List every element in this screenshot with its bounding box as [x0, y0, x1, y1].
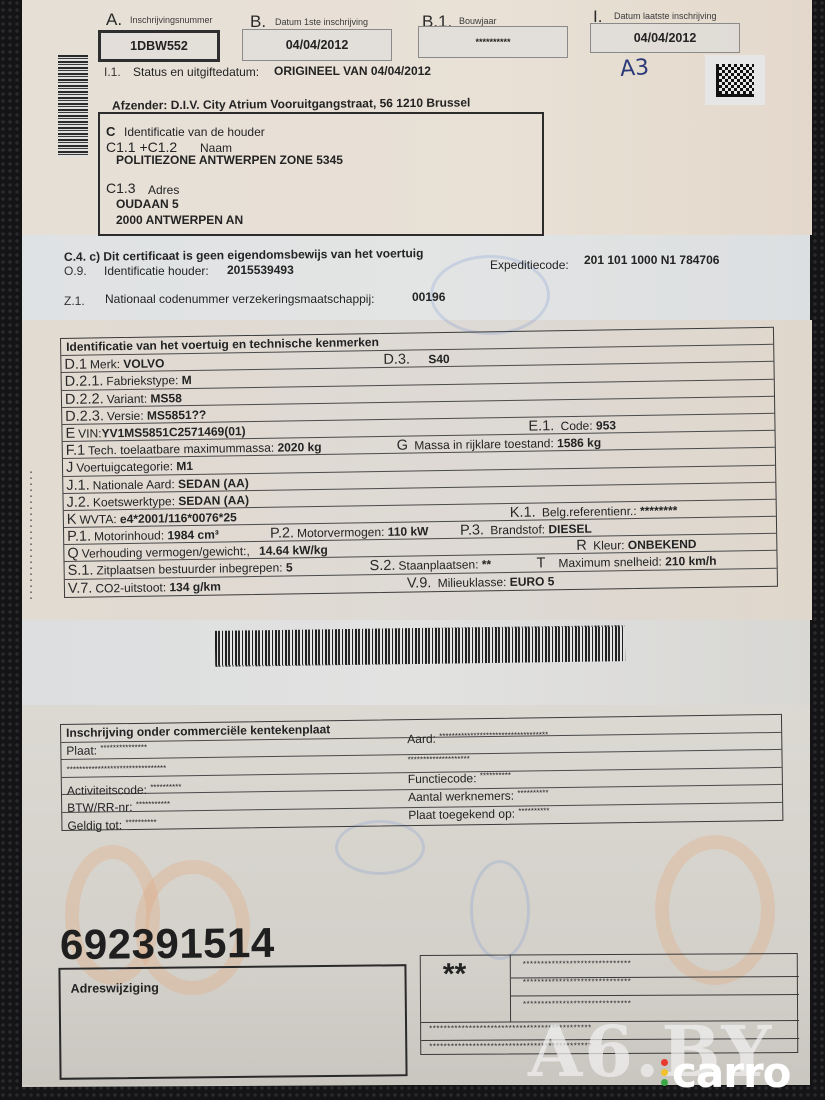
row-label: Milieuklasse:: [438, 575, 507, 590]
row-label: Geldig tot:: [67, 818, 122, 833]
row-label: Merk:: [90, 357, 120, 371]
row-label: Aantal werknemers:: [408, 789, 514, 804]
expedition-code-value: 201 101 1000 N1 784706: [584, 253, 719, 267]
version-value: MS5851??: [147, 407, 207, 422]
document-number: 692391514: [60, 919, 275, 969]
row-label: Maximum snelheid:: [558, 555, 662, 571]
row-label: Zitplaatsen bestuurder inbegrepen:: [96, 561, 282, 578]
row-code: V.9.: [407, 575, 432, 591]
security-swirl: [470, 860, 530, 960]
registration-number-field: 1DBW552: [98, 30, 220, 62]
row-label: CO2-uitstoot:: [95, 580, 166, 595]
masked-code-cell: **: [421, 956, 511, 1022]
masked-value: ********************************: [67, 764, 167, 774]
max-speed-value: 210 km/h: [665, 554, 717, 569]
row-label: Plaat toegekend op:: [408, 806, 515, 821]
masked-value: ********************: [407, 754, 469, 764]
handwritten-note: A3: [619, 55, 650, 82]
address-change-label: Adreswijziging: [71, 981, 159, 996]
row-code: E.1.: [528, 418, 554, 434]
row-label: Staanplaatsen:: [398, 558, 478, 573]
body-type-value: SEDAN (AA): [178, 493, 249, 508]
row-label: Functiecode:: [408, 771, 477, 786]
max-mass-value: 2020 kg: [277, 440, 321, 455]
row-label: Code:: [560, 419, 592, 434]
row-code: G: [397, 438, 409, 454]
row-label: VIN:: [78, 426, 102, 440]
row-label: Koetswerktype:: [93, 494, 175, 509]
row-label: Verhouding vermogen/gewicht:,: [82, 544, 250, 561]
model-value: S40: [428, 352, 450, 366]
row-label: Motorvermogen:: [297, 525, 385, 540]
power-weight-value: 14.64 kW/kg: [259, 543, 328, 558]
variant-value: MS58: [150, 391, 182, 405]
activity-code-value: **********: [150, 782, 181, 791]
holder-address-code: C1.3: [106, 180, 136, 196]
insurance-label: Nationaal codenummer verzekeringsmaatsch…: [105, 292, 374, 306]
holder-id-code: O.9.: [64, 264, 87, 278]
row-label: Tech. toelaatbare maximummassa:: [88, 441, 274, 458]
row-label: Fabriekstype:: [106, 374, 178, 389]
plate-value: ***************: [100, 742, 147, 752]
row-label: Aard:: [407, 731, 436, 745]
red-dot-icon: [661, 1059, 668, 1066]
commercial-plate-table: Inschrijving onder commerciële kentekenp…: [60, 714, 783, 831]
field-a-label: Inschrijvingsnummer: [130, 15, 213, 25]
holder-id-value: 2015539493: [227, 263, 294, 277]
side-print-code: ▪▪▪▪▪▪▪▪▪▪▪▪▪▪▪▪▪▪▪▪▪▪: [24, 470, 34, 600]
expedition-code-label: Expeditiecode:: [490, 258, 569, 272]
brand-logo: carro: [672, 1048, 791, 1097]
traffic-light-dots-icon: [661, 1059, 669, 1089]
row-label: Variant:: [107, 391, 148, 406]
row-code: F.1: [66, 443, 86, 459]
row-label: Belg.referentienr.:: [542, 504, 637, 519]
vat-value: ***********: [136, 799, 170, 808]
curb-mass-value: 1586 kg: [557, 436, 601, 451]
green-dot-icon: [661, 1079, 668, 1086]
holder-section: C Identificatie van de houder C1.1 +C1.2…: [98, 112, 544, 236]
row-label: Versie:: [107, 408, 144, 423]
function-code-value: **********: [480, 770, 511, 779]
row-label: Plaat:: [66, 743, 97, 757]
row-code: S.2.: [370, 558, 396, 574]
emission-class-value: EURO 5: [510, 574, 555, 589]
displacement-value: 1984 cm³: [167, 528, 219, 543]
row-code: V.7.: [68, 580, 93, 596]
holder-id-label: Identificatie houder:: [104, 264, 209, 278]
horizontal-barcode: [215, 625, 625, 667]
holder-section-code: C: [106, 124, 115, 139]
brand-value: VOLVO: [123, 357, 164, 372]
row-code: D.1: [64, 357, 87, 373]
holder-address-line1: OUDAAN 5: [116, 197, 179, 211]
row-label: Voertuigcategorie:: [76, 460, 173, 476]
row-code: P.1.: [67, 529, 91, 545]
seats-value: 5: [286, 561, 293, 575]
holder-address-line2: 2000 ANTWERPEN AN: [116, 213, 243, 227]
row-code: E: [65, 426, 75, 442]
row-code: J.1.: [66, 477, 90, 493]
masked-line: ******************************: [523, 999, 631, 1009]
field-a-letter: A.: [106, 10, 122, 30]
color-value: ONBEKEND: [628, 537, 697, 552]
row-code: D.3.: [383, 352, 410, 368]
code-value: 953: [596, 418, 616, 432]
holder-section-title: Identificatie van de houder: [124, 125, 265, 139]
vehicle-technical-table: Identificatie van het voertuig en techni…: [60, 327, 778, 598]
masked-line: ******************************: [523, 959, 631, 969]
kind-value: ***********************************: [439, 730, 548, 741]
security-swirl: [335, 820, 425, 875]
category-value: M1: [176, 459, 193, 473]
status-label: Status en uitgiftedatum:: [133, 65, 259, 79]
status-value: ORIGINEEL VAN 04/04/2012: [274, 64, 431, 78]
co2-value: 134 g/km: [169, 579, 221, 594]
build-year-field: **********: [418, 26, 568, 58]
row-label: Massa in rijklare toestand:: [414, 436, 554, 452]
employees-value: **********: [517, 788, 548, 797]
divider: [511, 994, 799, 997]
first-registration-date-field: 04/04/2012: [242, 29, 392, 61]
datamatrix-code: [716, 64, 754, 97]
field-b-label: Datum 1ste inschrijving: [275, 17, 368, 27]
row-label: Nationale Aard:: [93, 477, 175, 492]
row-label: Brandstof:: [490, 522, 545, 537]
insurance-code: Z.1.: [64, 294, 85, 308]
status-code: I.1.: [104, 65, 121, 79]
row-code: S.1.: [68, 563, 94, 579]
national-type-value: SEDAN (AA): [178, 476, 249, 491]
row-code: K.1.: [510, 504, 536, 520]
vin-value: YV1MS5851C2571469(01): [101, 424, 245, 440]
address-change-box: Adreswijziging: [58, 964, 407, 1080]
row-label: WVTA:: [79, 512, 116, 527]
commercial-table-title: Inschrijving onder commerciële kentekenp…: [66, 722, 330, 740]
vertical-barcode: [58, 55, 88, 157]
row-code: D.2.1.: [65, 374, 104, 391]
row-label: Kleur:: [593, 538, 625, 552]
type-approval-value: e4*2001/116*0076*25: [120, 510, 237, 526]
field-i-label: Datum laatste inschrijving: [614, 11, 717, 21]
holder-address-label: Adres: [148, 183, 179, 197]
row-code: D.2.2.: [65, 391, 104, 408]
yellow-dot-icon: [661, 1069, 668, 1076]
masked-line: ******************************: [523, 977, 631, 987]
row-code: T: [536, 556, 545, 572]
row-code: P.3.: [460, 522, 484, 538]
standing-value: **: [482, 558, 492, 572]
row-code: R: [576, 538, 587, 554]
factory-type-value: M: [182, 373, 192, 387]
insurance-value: 00196: [412, 290, 445, 304]
row-code: J.2.: [66, 494, 90, 510]
fuel-value: DIESEL: [548, 522, 592, 537]
holder-name-value: POLITIEZONE ANTWERPEN ZONE 5345: [116, 153, 343, 167]
last-registration-date-field: 04/04/2012: [590, 23, 740, 53]
row-code: K: [67, 512, 77, 528]
row-code: Q: [67, 546, 79, 562]
row-code: J: [66, 460, 74, 476]
power-value: 110 kW: [388, 524, 429, 539]
row-code: D.2.3.: [65, 408, 104, 425]
row-label: Motorinhoud:: [94, 528, 164, 543]
field-b1-label: Bouwjaar: [459, 16, 497, 26]
valid-until-value: **********: [125, 817, 156, 826]
plate-assigned-value: **********: [518, 806, 549, 815]
row-code: P.2.: [270, 525, 294, 541]
reference-value: ********: [640, 503, 678, 518]
